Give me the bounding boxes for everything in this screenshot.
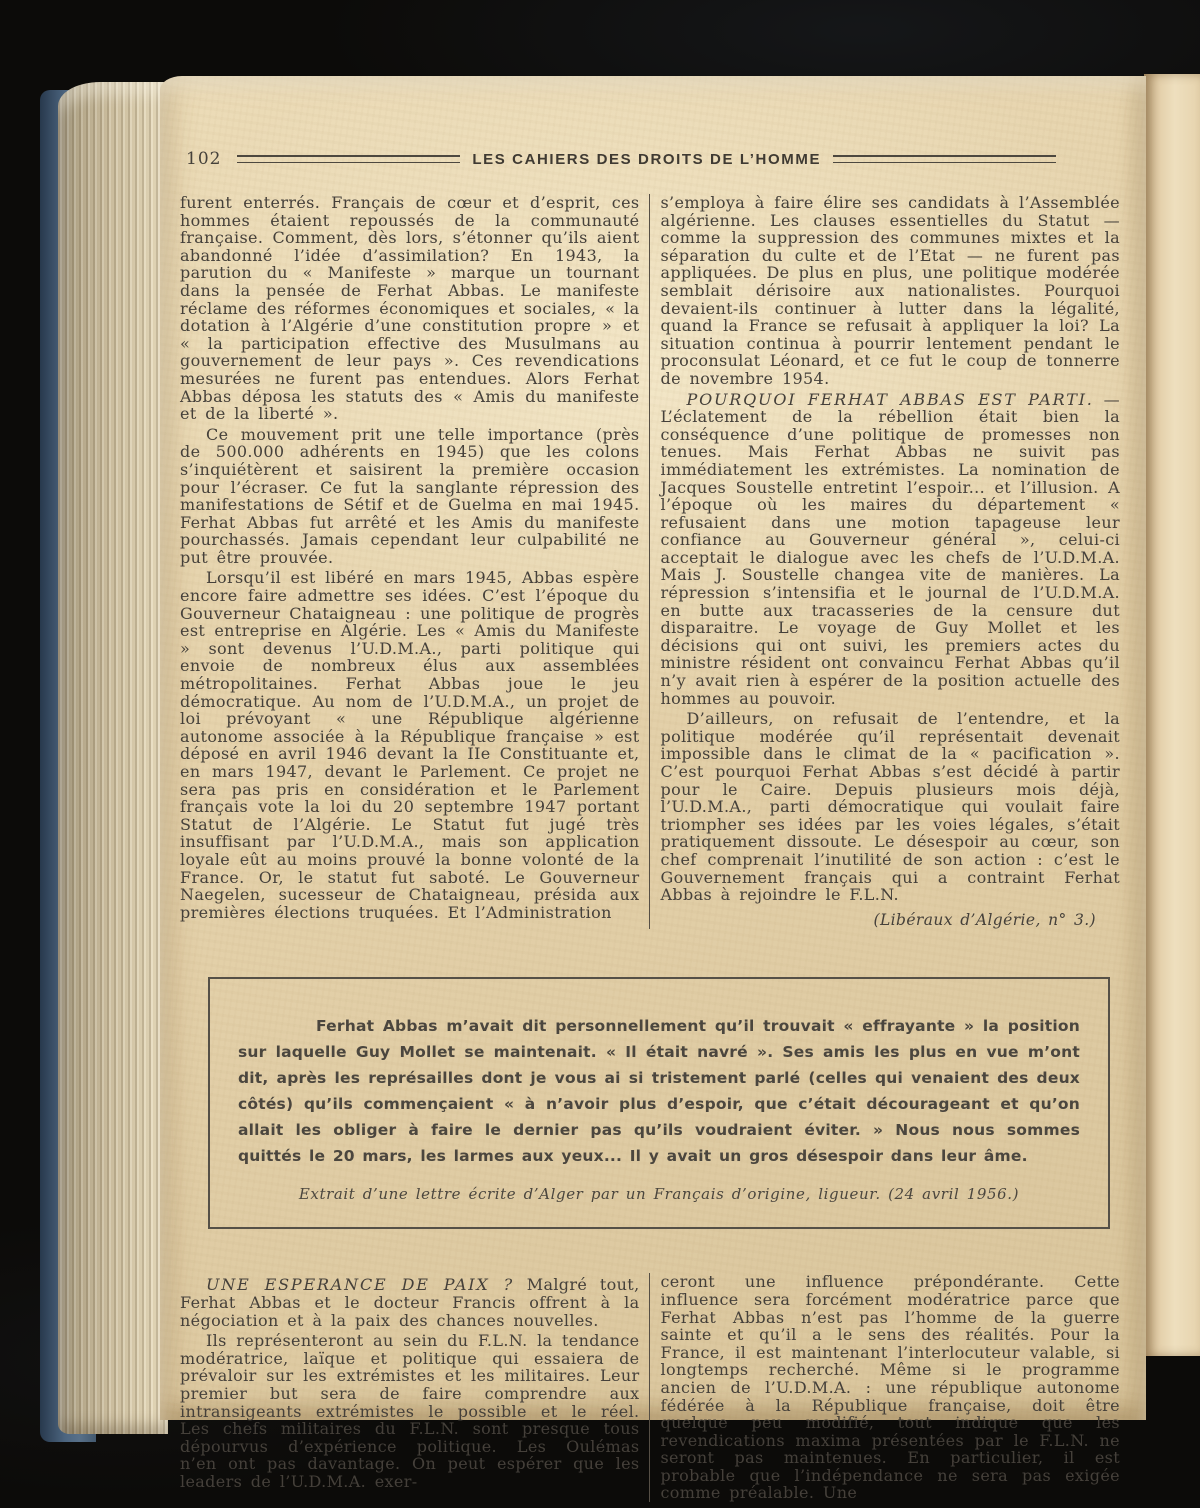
paragraph: D’ailleurs, on refusait de l’entendre, e…: [661, 707, 1121, 904]
adjacent-page-edge: [1144, 74, 1200, 1356]
paragraph: Ce mouvement prit une telle importance (…: [180, 423, 640, 567]
section-heading-inline: UNE ESPERANCE DE PAIX ?: [206, 1275, 514, 1294]
quote-attribution: Extrait d’une lettre écrite d’Alger par …: [238, 1185, 1080, 1203]
page-stack-edges: [58, 82, 168, 1434]
section-heading-inline: POURQUOI FERHAT ABBAS EST PARTI.: [687, 390, 1094, 409]
article-bottom: UNE ESPERANCE DE PAIX ? Malgré tout, Fer…: [180, 1273, 1120, 1502]
paragraph: s’employa à faire élire ses candidats à …: [661, 194, 1121, 388]
header-rule-left: [237, 155, 460, 163]
top-right-column: s’employa à faire élire ses candidats à …: [650, 194, 1121, 929]
article-top: furent enterrés. Français de cœur et d’e…: [180, 194, 1120, 929]
bottom-left-column: UNE ESPERANCE DE PAIX ? Malgré tout, Fer…: [180, 1273, 649, 1502]
source-attribution: (Libéraux d’Algérie, n° 3.): [661, 912, 1121, 930]
paragraph: Ils représenteront au sein du F.L.N. la …: [180, 1329, 640, 1490]
paragraph: UNE ESPERANCE DE PAIX ? Malgré tout, Fer…: [180, 1273, 640, 1329]
scanned-page: 102 LES CAHIERS DES DROITS DE L’HOMME fu…: [160, 76, 1146, 1420]
paragraph-text: — L’éclatement de la rébellion était bie…: [661, 390, 1121, 708]
paragraph: POURQUOI FERHAT ABBAS EST PARTI. — L’écl…: [661, 388, 1121, 708]
quote-box: Ferhat Abbas m’avait dit personnellement…: [208, 977, 1110, 1229]
page-header: 102 LES CAHIERS DES DROITS DE L’HOMME: [180, 146, 1120, 172]
paragraph: furent enterrés. Français de cœur et d’e…: [180, 194, 640, 423]
paragraph: ceront une influence prépondérante. Cett…: [661, 1273, 1121, 1502]
top-left-column: furent enterrés. Français de cœur et d’e…: [180, 194, 649, 929]
bottom-right-column: ceront une influence prépondérante. Cett…: [650, 1273, 1121, 1502]
header-rule-right: [833, 155, 1056, 163]
page-number: 102: [186, 149, 221, 169]
journal-title: LES CAHIERS DES DROITS DE L’HOMME: [472, 151, 821, 168]
paragraph: Lorsqu’il est libéré en mars 1945, Abbas…: [180, 566, 640, 921]
quote-text: Ferhat Abbas m’avait dit personnellement…: [238, 1013, 1080, 1169]
photo-backdrop: 102 LES CAHIERS DES DROITS DE L’HOMME fu…: [0, 0, 1200, 1508]
